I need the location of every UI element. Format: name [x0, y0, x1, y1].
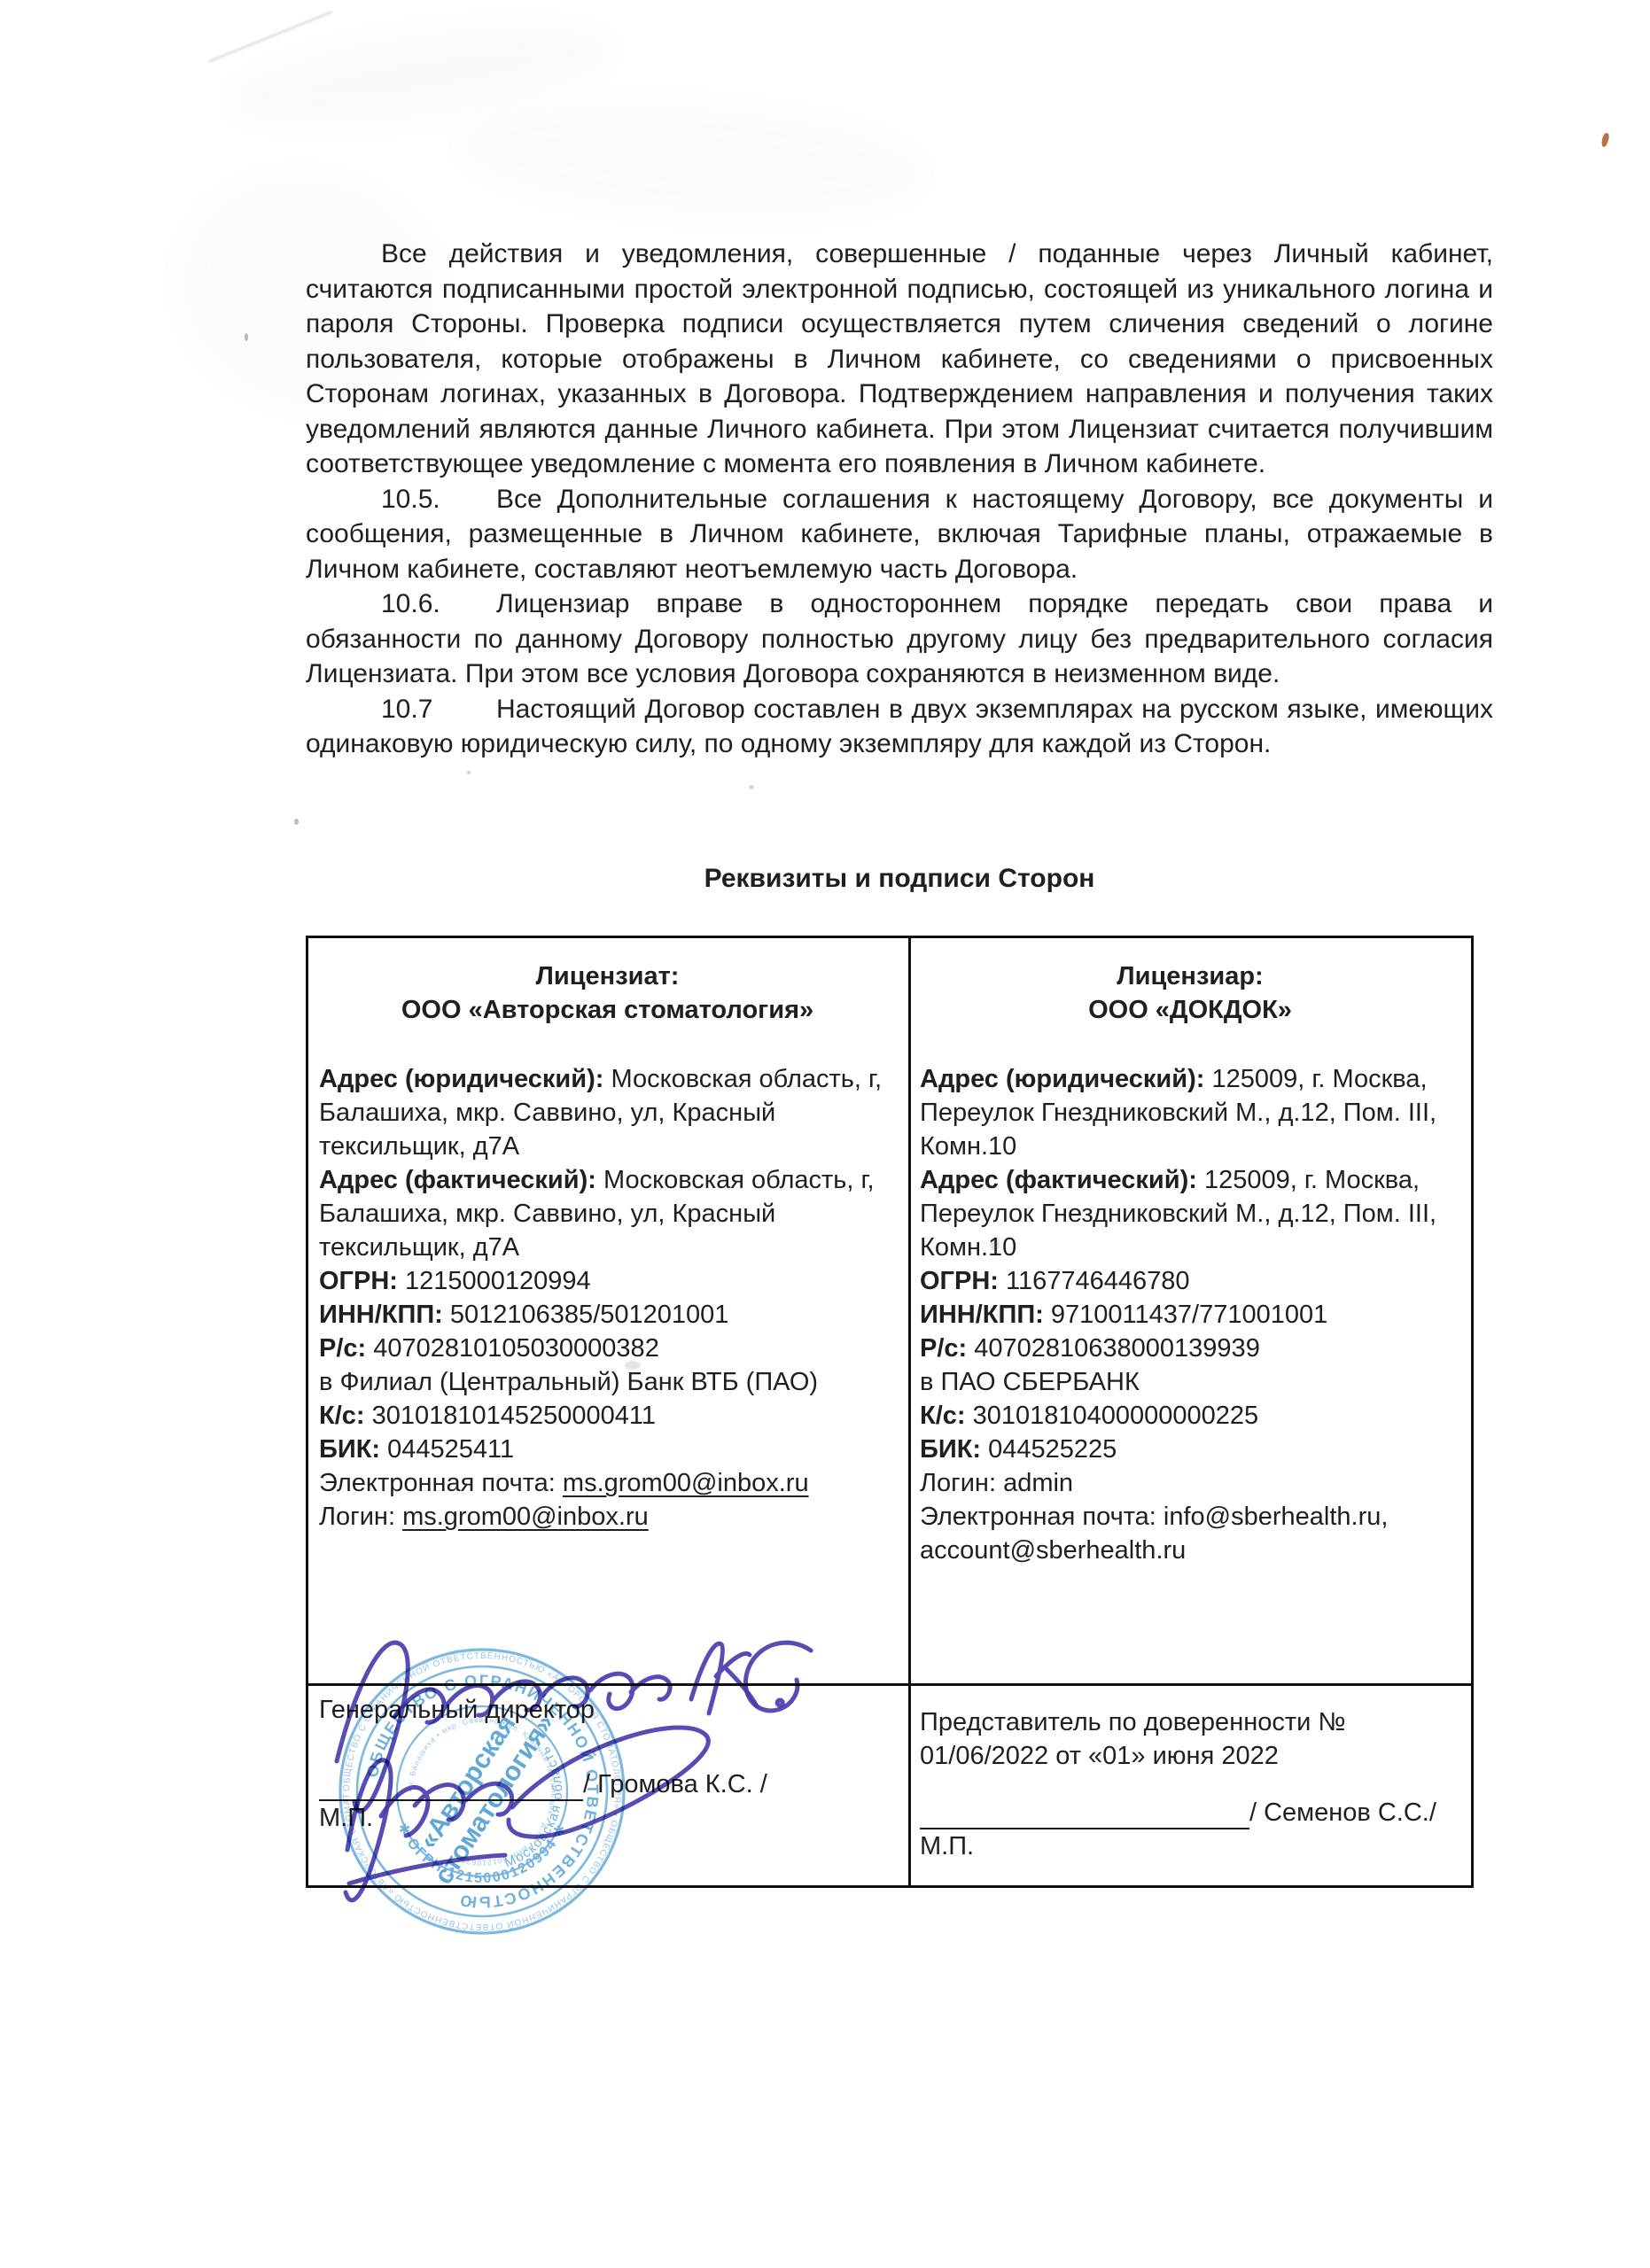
- licensee-bik: БИК: 044525411: [319, 1433, 896, 1466]
- licensee-login-value: ms.grom00@inbox.ru: [402, 1503, 649, 1531]
- clause-paragraph: 10.5.Все Дополнительные соглашения к нас…: [306, 482, 1493, 587]
- licensee-legal-address: Адрес (юридический): Московская область,…: [319, 1062, 896, 1163]
- clause-text: Все действия и уведомления, совершенные …: [306, 239, 1493, 478]
- licensor-bank: в ПАО СБЕРБАНК: [920, 1365, 1460, 1399]
- clause-paragraph: Все действия и уведомления, совершенные …: [306, 237, 1493, 482]
- section-title: Реквизиты и подписи Сторон: [306, 861, 1493, 897]
- clause-paragraph: 10.7Настоящий Договор составлен в двух э…: [306, 692, 1493, 762]
- licensee-corr-account: К/с: 30101810145250000411: [319, 1399, 896, 1433]
- licensor-header: Лицензиар: ООО «ДОКДОК»: [920, 959, 1460, 1027]
- licensor-role: Лицензиар:: [920, 959, 1460, 993]
- licensee-email-value: ms.grom00@inbox.ru: [563, 1469, 809, 1497]
- scan-speck: [467, 771, 471, 774]
- clause-number: 10.7: [381, 692, 496, 727]
- clause-number: 10.5.: [381, 482, 496, 517]
- clause-number: 10.6.: [381, 586, 496, 622]
- licensee-email: Электронная почта: ms.grom00@inbox.ru: [319, 1466, 896, 1500]
- licensee-inn-kpp: ИНН/КПП: 5012106385/501201001: [319, 1298, 896, 1332]
- licensor-seal-mark: М.П.: [920, 1829, 1460, 1863]
- licensee-settlement-account: Р/с: 40702810105030000382: [319, 1332, 896, 1365]
- licensee-role: Лицензиат:: [319, 959, 896, 993]
- licensor-bik: БИК: 044525225: [920, 1433, 1460, 1466]
- scan-speck: [749, 785, 754, 789]
- scanned-contract-page: Все действия и уведомления, совершенные …: [0, 0, 1650, 2268]
- licensor-actual-address: Адрес (фактический): 125009, г. Москва, …: [920, 1163, 1460, 1264]
- licensor-inn-kpp: ИНН/КПП: 9710011437/771001001: [920, 1298, 1460, 1332]
- licensor-settlement-account: Р/с: 40702810638000139939: [920, 1332, 1460, 1365]
- licensor-signer-name: / Семенов С.С./: [1249, 1798, 1436, 1827]
- scan-streak: [208, 11, 332, 63]
- licensee-login: Логин: ms.grom00@inbox.ru: [319, 1500, 896, 1534]
- licensee-bank: в Филиал (Центральный) Банк ВТБ (ПАО): [319, 1365, 896, 1399]
- orange-fleck: [1600, 132, 1609, 147]
- licensor-corr-account: К/с: 30101810400000000225: [920, 1399, 1460, 1433]
- scan-speck: [245, 333, 248, 341]
- clause-paragraph: 10.6.Лицензиар вправе в одностороннем по…: [306, 586, 1493, 692]
- licensor-email: Электронная почта: info@sberhealth.ru, a…: [920, 1500, 1460, 1567]
- bleedthrough-smudge: [457, 90, 924, 229]
- contract-clauses: Все действия и уведомления, совершенные …: [306, 237, 1493, 762]
- licensor-legal-address: Адрес (юридический): 125009, г. Москва, …: [920, 1062, 1460, 1163]
- licensee-company: ООО «Авторская стоматология»: [319, 993, 896, 1027]
- licensor-company: ООО «ДОКДОК»: [920, 993, 1460, 1027]
- licensor-login-value: admin: [1003, 1469, 1073, 1497]
- licensee-header: Лицензиат: ООО «Авторская стоматология»: [319, 959, 896, 1027]
- licensor-cell: Лицензиар: ООО «ДОКДОК» Адрес (юридическ…: [911, 938, 1471, 1686]
- licensee-actual-address: Адрес (фактический): Московская область,…: [319, 1163, 896, 1264]
- licensor-login: Логин: admin: [920, 1466, 1460, 1500]
- licensor-ogrn: ОГРН: 1167746446780: [920, 1264, 1460, 1298]
- licensee-ogrn: ОГРН: 1215000120994: [319, 1264, 896, 1298]
- handwritten-signature-flourish: [326, 1708, 734, 1930]
- licensee-cell: Лицензиат: ООО «Авторская стоматология» …: [308, 938, 911, 1686]
- scan-speck: [294, 819, 299, 825]
